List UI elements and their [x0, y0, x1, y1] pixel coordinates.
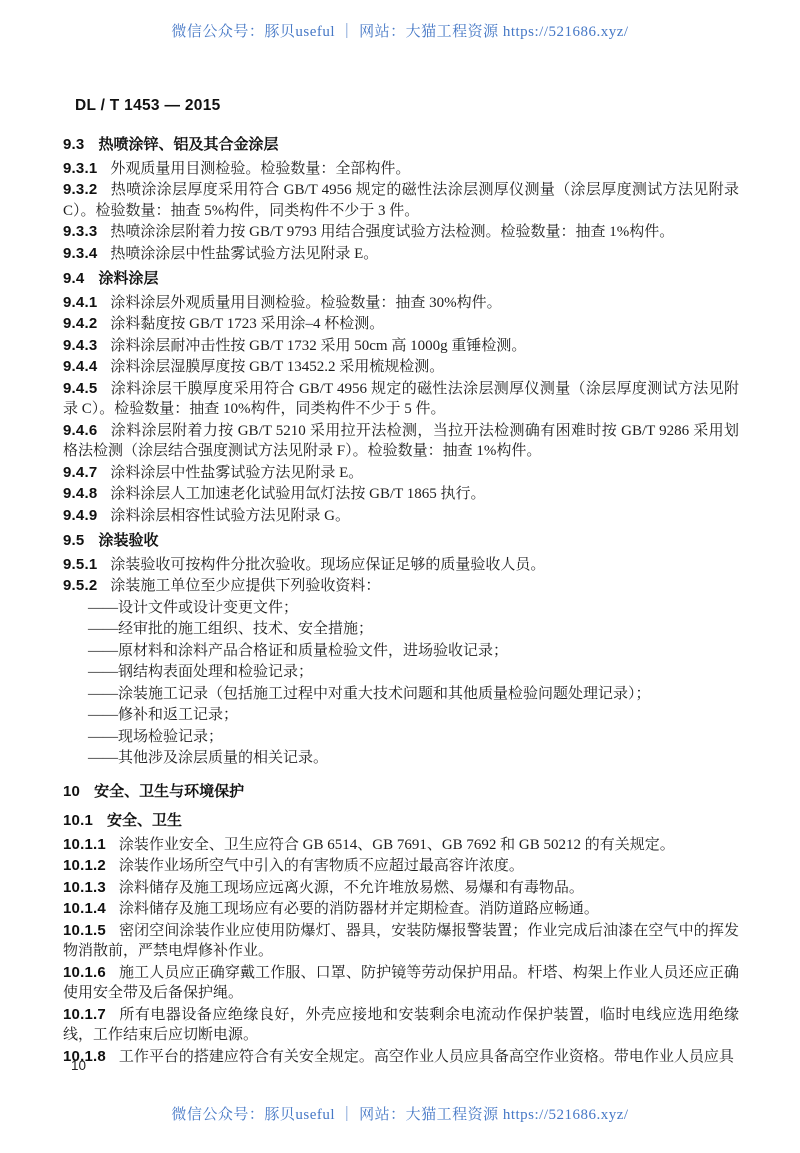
section-heading: 10.1安全、卫生 — [63, 811, 739, 832]
clause: 9.4.6涂料涂层附着力按 GB/T 5210 采用拉开法检测，当拉开法检测确有… — [63, 421, 739, 462]
page-number: 10 — [71, 1058, 86, 1073]
clause: 10.1.6施工人员应正确穿戴工作服、口罩、防护镜等劳动保护用品。杆塔、构架上作… — [63, 963, 739, 1004]
clause: 10.1.5密闭空间涂装作业应使用防爆灯、器具，安装防爆报警装置；作业完成后油漆… — [63, 921, 739, 962]
clause-text: 工作平台的搭建应符合有关安全规定。高空作业人员应具备高空作业资格。带电作业人员应… — [119, 1049, 734, 1065]
clause: 10.1.4涂料储存及施工现场应有必要的消防器材并定期检查。消防道路应畅通。 — [63, 899, 739, 920]
dash-item-text: ——其他涉及涂层质量的相关记录。 — [88, 750, 328, 766]
clause-text: 涂料涂层耐冲击性按 GB/T 1732 采用 50cm 高 1000g 重锤检测… — [110, 338, 526, 354]
clause: 10.1.8工作平台的搭建应符合有关安全规定。高空作业人员应具备高空作业资格。带… — [63, 1047, 739, 1068]
clause-text: 涂装作业安全、卫生应符合 GB 6514、GB 7691、GB 7692 和 G… — [119, 837, 675, 853]
dash-item: ——涂装施工记录（包括施工过程中对重大技术问题和其他质量检验问题处理记录）； — [63, 684, 739, 705]
dash-item-text: ——原材料和涂料产品合格证和质量检验文件，进场验收记录； — [88, 643, 508, 659]
clause: 9.3.3热喷涂涂层附着力按 GB/T 9793 用结合强度试验方法检测。检验数… — [63, 222, 739, 243]
clause-text: 涂料储存及施工现场应远离火源，不允许堆放易燃、易爆和有毒物品。 — [119, 880, 584, 896]
clause-text: 密闭空间涂装作业应使用防爆灯、器具，安装防爆报警装置；作业完成后油漆在空气中的挥… — [63, 923, 739, 960]
section-title: 安全、卫生与环境保护 — [94, 783, 244, 800]
dash-item: ——经审批的施工组织、技术、安全措施； — [63, 619, 739, 640]
clause: 9.4.8涂料涂层人工加速老化试验用氙灯法按 GB/T 1865 执行。 — [63, 484, 739, 505]
clause-text: 涂料涂层相容性试验方法见附录 G。 — [110, 508, 350, 524]
clause-text: 涂料涂层中性盐雾试验方法见附录 E。 — [110, 465, 363, 481]
clause: 9.4.9涂料涂层相容性试验方法见附录 G。 — [63, 506, 739, 527]
clause-text: 涂料涂层人工加速老化试验用氙灯法按 GB/T 1865 执行。 — [110, 486, 485, 502]
clause-number: 9.4.3 — [63, 337, 97, 354]
clause-number: 9.3.3 — [63, 223, 97, 240]
clause-number: 9.4.5 — [63, 380, 97, 397]
clause: 9.5.1涂装验收可按构件分批次验收。现场应保证足够的质量验收人员。 — [63, 555, 739, 576]
section-heading: 10安全、卫生与环境保护 — [63, 782, 739, 803]
clause: 10.1.7所有电器设备应绝缘良好，外壳应接地和安装剩余电流动作保护装置，临时电… — [63, 1005, 739, 1046]
clause-number: 9.3.2 — [63, 181, 97, 198]
section-title: 热喷涂锌、铝及其合金涂层 — [98, 136, 278, 153]
section-heading: 9.5涂装验收 — [63, 531, 739, 552]
clause: 10.1.1涂装作业安全、卫生应符合 GB 6514、GB 7691、GB 76… — [63, 835, 739, 856]
dash-item-text: ——经审批的施工组织、技术、安全措施； — [88, 621, 373, 637]
clause-text: 涂料涂层附着力按 GB/T 5210 采用拉开法检测，当拉开法检测确有困难时按 … — [63, 423, 739, 460]
clause: 9.4.7涂料涂层中性盐雾试验方法见附录 E。 — [63, 463, 739, 484]
watermark-header: 微信公众号：豚贝useful ｜ 网站：大猫工程资源 https://52168… — [0, 20, 800, 41]
clause-number: 10.1.5 — [63, 922, 106, 939]
clause-text: 涂装作业场所空气中引入的有害物质不应超过最高容许浓度。 — [119, 858, 524, 874]
clause-number: 9.3.4 — [63, 245, 97, 262]
clause-number: 10.1.7 — [63, 1006, 106, 1023]
clause: 9.4.4涂料涂层湿膜厚度按 GB/T 13452.2 采用梳规检测。 — [63, 357, 739, 378]
dash-item: ——原材料和涂料产品合格证和质量检验文件，进场验收记录； — [63, 641, 739, 662]
clause: 9.4.1涂料涂层外观质量用目测检验。检验数量：抽查 30%构件。 — [63, 293, 739, 314]
clause-text: 施工人员应正确穿戴工作服、口罩、防护镜等劳动保护用品。杆塔、构架上作业人员还应正… — [63, 965, 739, 1002]
clause: 10.1.2涂装作业场所空气中引入的有害物质不应超过最高容许浓度。 — [63, 856, 739, 877]
section-title: 涂装验收 — [98, 532, 158, 549]
clause-number: 9.4.4 — [63, 358, 97, 375]
clause-text: 涂料涂层外观质量用目测检验。检验数量：抽查 30%构件。 — [110, 295, 501, 311]
clause-text: 热喷涂涂层附着力按 GB/T 9793 用结合强度试验方法检测。检验数量：抽查 … — [110, 224, 674, 240]
dash-item-text: ——设计文件或设计变更文件； — [88, 600, 298, 616]
clause-text: 涂装施工单位至少应提供下列验收资料： — [110, 578, 380, 594]
section-number: 9.4 — [63, 270, 84, 287]
dash-item: ——现场检验记录； — [63, 727, 739, 748]
section-heading: 9.4涂料涂层 — [63, 269, 739, 290]
clause-number: 9.4.9 — [63, 507, 97, 524]
clause-number: 10.1.3 — [63, 879, 106, 896]
clause-number: 9.5.2 — [63, 577, 97, 594]
dash-item: ——钢结构表面处理和检验记录； — [63, 662, 739, 683]
clause-text: 热喷涂涂层厚度采用符合 GB/T 4956 规定的磁性法涂层测厚仪测量（涂层厚度… — [63, 182, 739, 219]
dash-item-text: ——涂装施工记录（包括施工过程中对重大技术问题和其他质量检验问题处理记录）； — [88, 686, 651, 702]
document-page: 微信公众号：豚贝useful ｜ 网站：大猫工程资源 https://52168… — [0, 0, 800, 1153]
dash-item-text: ——现场检验记录； — [88, 729, 223, 745]
clause-number: 10.1.6 — [63, 964, 106, 981]
watermark-footer: 微信公众号：豚贝useful ｜ 网站：大猫工程资源 https://52168… — [0, 1103, 800, 1124]
section-number: 10 — [63, 783, 80, 800]
clause-number: 10.1.4 — [63, 900, 106, 917]
clause-text: 涂料涂层湿膜厚度按 GB/T 13452.2 采用梳规检测。 — [110, 359, 444, 375]
clause-number: 9.3.1 — [63, 160, 97, 177]
clause-number: 10.1.2 — [63, 857, 106, 874]
clause: 9.4.5涂料涂层干膜厚度采用符合 GB/T 4956 规定的磁性法涂层测厚仪测… — [63, 379, 739, 420]
clause-text: 涂料涂层干膜厚度采用符合 GB/T 4956 规定的磁性法涂层测厚仪测量（涂层厚… — [63, 381, 739, 418]
clause: 10.1.3涂料储存及施工现场应远离火源，不允许堆放易燃、易爆和有毒物品。 — [63, 878, 739, 899]
dash-item: ——其他涉及涂层质量的相关记录。 — [63, 748, 739, 769]
section-title: 安全、卫生 — [107, 812, 182, 829]
clause: 9.3.4热喷涂涂层中性盐雾试验方法见附录 E。 — [63, 244, 739, 265]
clause: 9.4.2涂料黏度按 GB/T 1723 采用涂–4 杯检测。 — [63, 314, 739, 335]
clause-number: 10.1.1 — [63, 836, 106, 853]
clause-text: 外观质量用目测检验。检验数量：全部构件。 — [110, 161, 410, 177]
clause-number: 9.4.1 — [63, 294, 97, 311]
clause-text: 所有电器设备应绝缘良好，外壳应接地和安装剩余电流动作保护装置，临时电线应选用绝缘… — [63, 1007, 739, 1044]
clause: 9.3.2热喷涂涂层厚度采用符合 GB/T 4956 规定的磁性法涂层测厚仪测量… — [63, 180, 739, 221]
clause-text: 涂装验收可按构件分批次验收。现场应保证足够的质量验收人员。 — [110, 557, 545, 573]
clause-number: 9.4.6 — [63, 422, 97, 439]
clause-number: 9.4.7 — [63, 464, 97, 481]
dash-item: ——设计文件或设计变更文件； — [63, 598, 739, 619]
section-number: 10.1 — [63, 812, 93, 829]
clause: 9.5.2涂装施工单位至少应提供下列验收资料： — [63, 576, 739, 597]
clause: 9.3.1外观质量用目测检验。检验数量：全部构件。 — [63, 159, 739, 180]
dash-item-text: ——修补和返工记录； — [88, 707, 238, 723]
section-number: 9.5 — [63, 532, 84, 549]
clause-number: 9.5.1 — [63, 556, 97, 573]
clause-text: 热喷涂涂层中性盐雾试验方法见附录 E。 — [110, 246, 378, 262]
clause-number: 9.4.2 — [63, 315, 97, 332]
clause-text: 涂料黏度按 GB/T 1723 采用涂–4 杯检测。 — [110, 316, 384, 332]
section-number: 9.3 — [63, 136, 84, 153]
section-heading: 9.3热喷涂锌、铝及其合金涂层 — [63, 135, 739, 156]
standard-number: DL / T 1453 — 2015 — [75, 97, 221, 115]
document-body: 9.3热喷涂锌、铝及其合金涂层9.3.1外观质量用目测检验。检验数量：全部构件。… — [63, 130, 739, 1068]
clause: 9.4.3涂料涂层耐冲击性按 GB/T 1732 采用 50cm 高 1000g… — [63, 336, 739, 357]
dash-item-text: ——钢结构表面处理和检验记录； — [88, 664, 313, 680]
clause-text: 涂料储存及施工现场应有必要的消防器材并定期检查。消防道路应畅通。 — [119, 901, 599, 917]
clause-number: 9.4.8 — [63, 485, 97, 502]
section-title: 涂料涂层 — [98, 270, 158, 287]
dash-item: ——修补和返工记录； — [63, 705, 739, 726]
